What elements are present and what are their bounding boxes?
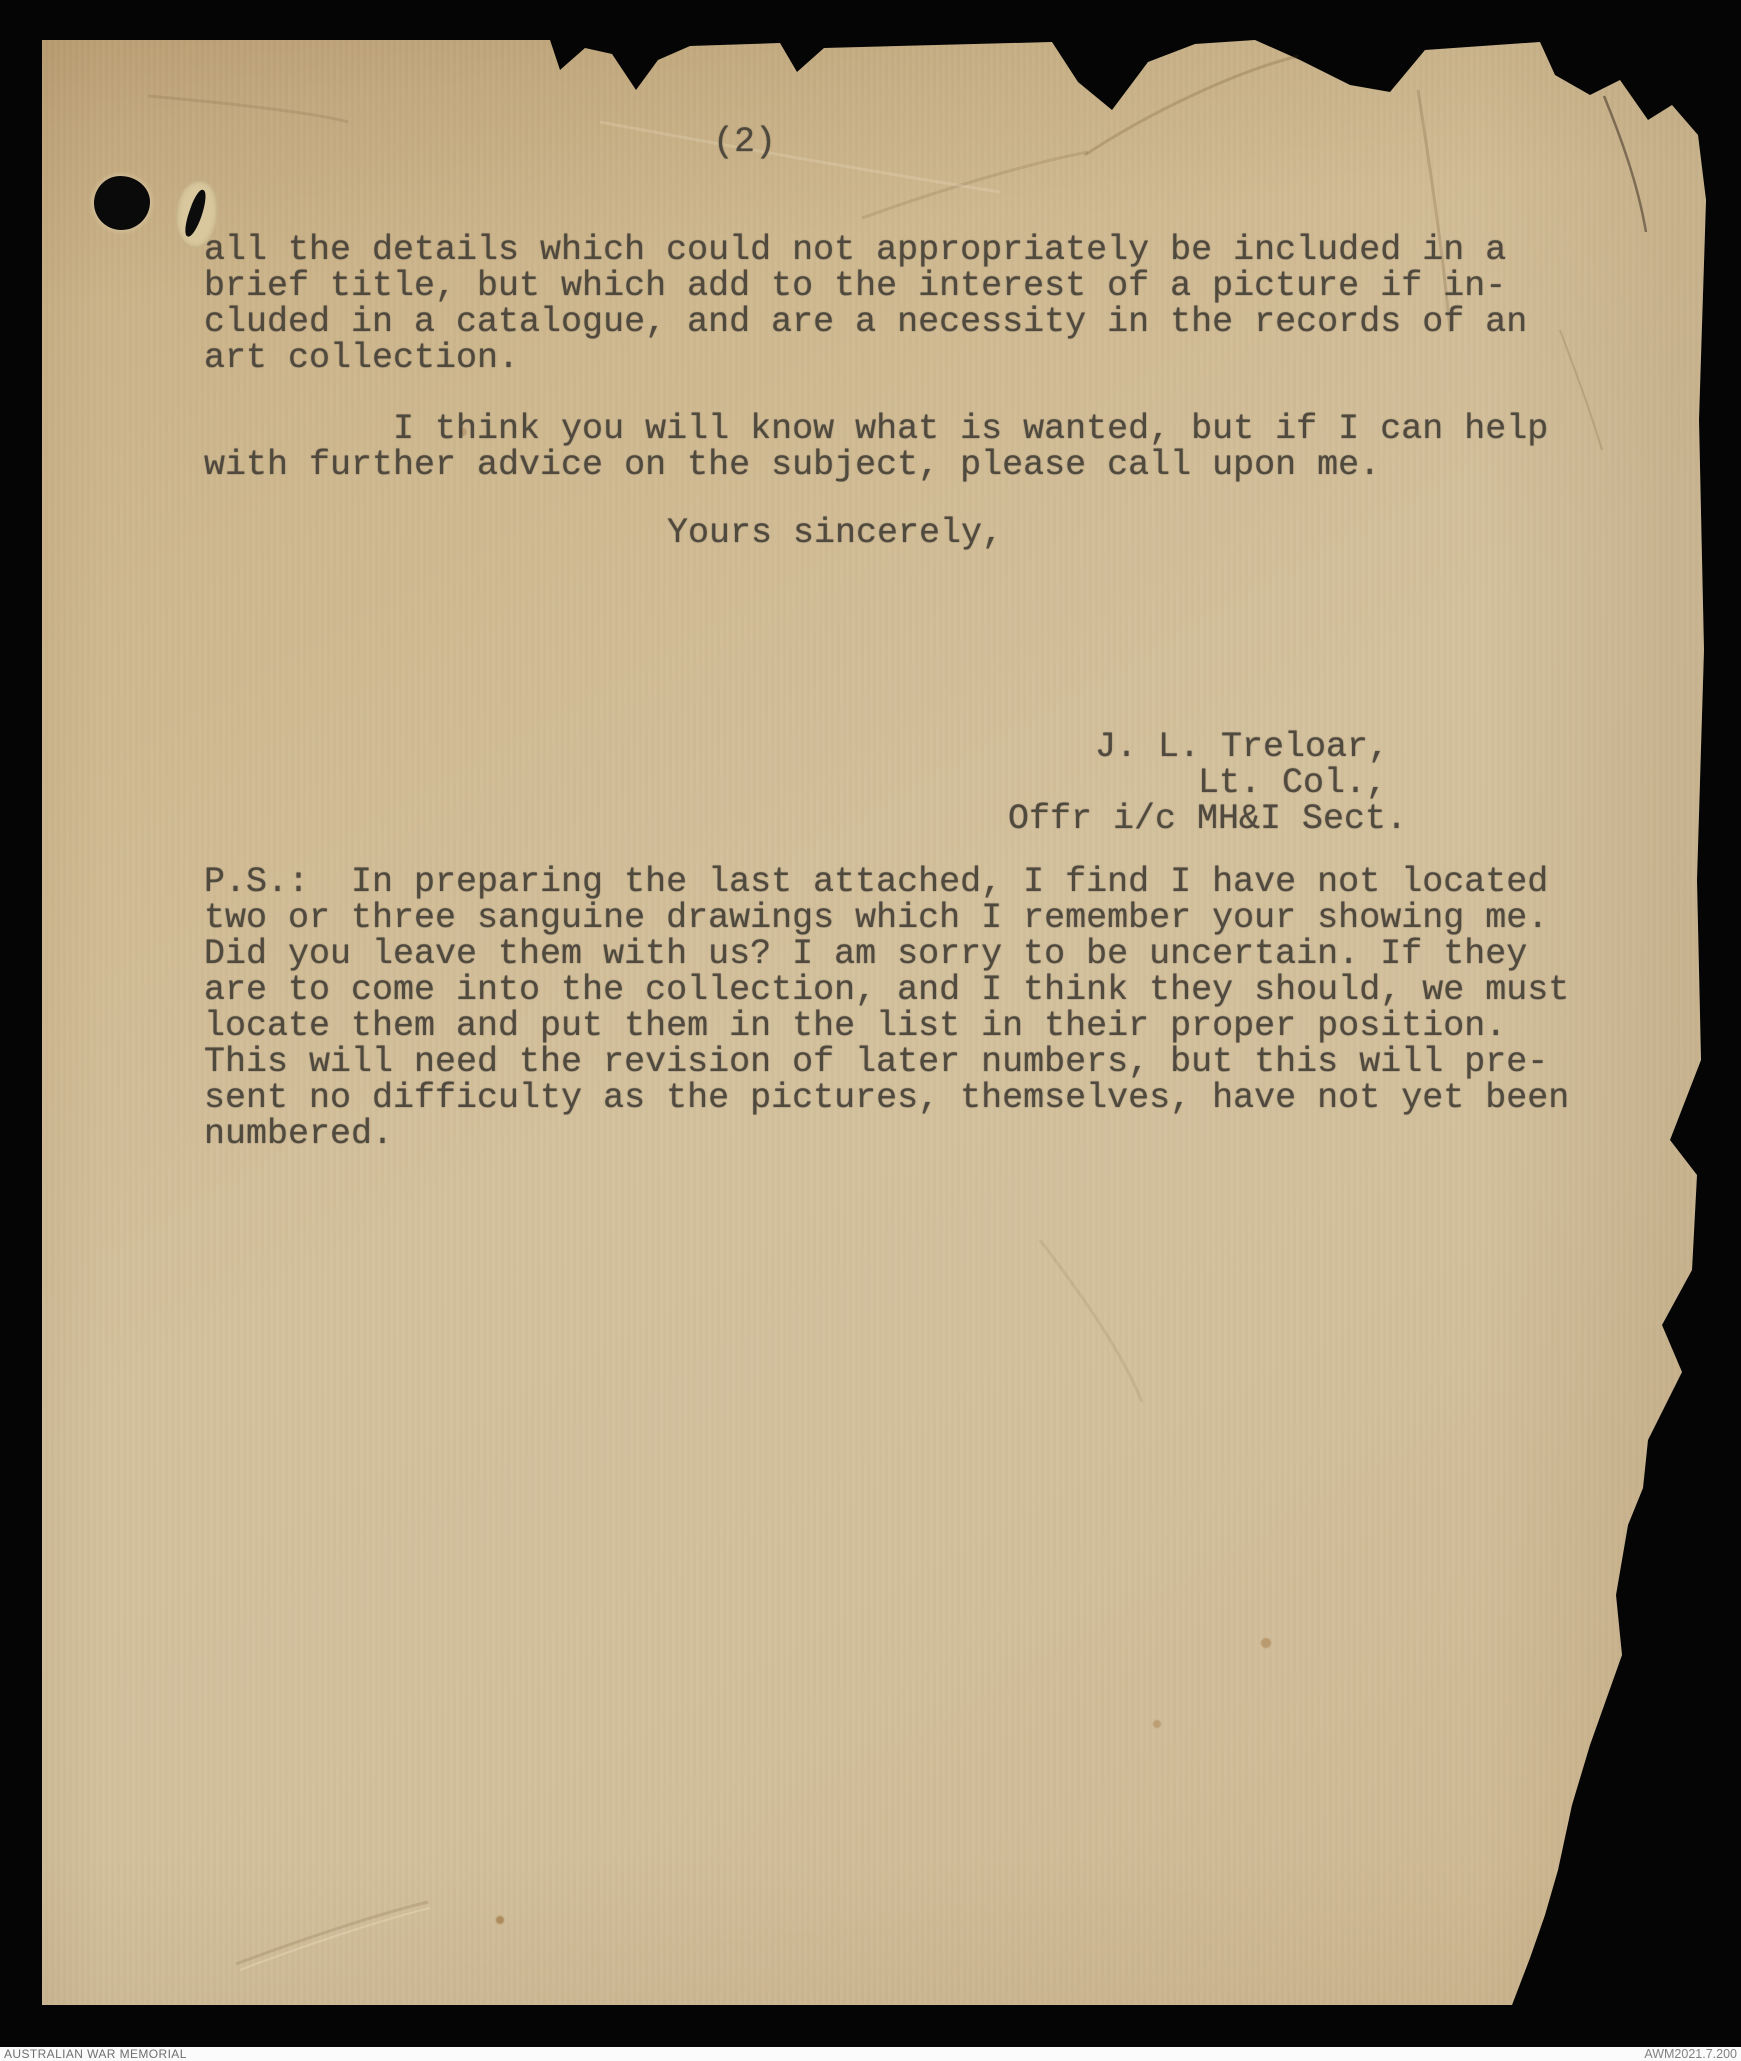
signature-rank: Lt. Col., <box>1198 765 1387 801</box>
signature-name: J. L. Treloar, <box>1095 729 1389 765</box>
reference-number: AWM2021.7.200 <box>1644 2047 1741 2061</box>
footer-bar: AUSTRALIAN WAR MEMORIAL AWM2021.7.200 <box>0 2047 1741 2061</box>
paragraph-1: all the details which could not appropri… <box>204 232 1527 376</box>
archive-name: AUSTRALIAN WAR MEMORIAL <box>0 2047 187 2061</box>
paragraph-2: I think you will know what is wanted, bu… <box>204 411 1548 483</box>
postscript: P.S.: In preparing the last attached, I … <box>204 864 1569 1152</box>
scanned-document-page: (2) all the details which could not appr… <box>0 0 1741 2061</box>
closing-salutation: Yours sincerely, <box>667 515 1003 551</box>
signature-title: Offr i/c MH&I Sect. <box>1008 801 1407 837</box>
page-number: (2) <box>713 124 776 160</box>
